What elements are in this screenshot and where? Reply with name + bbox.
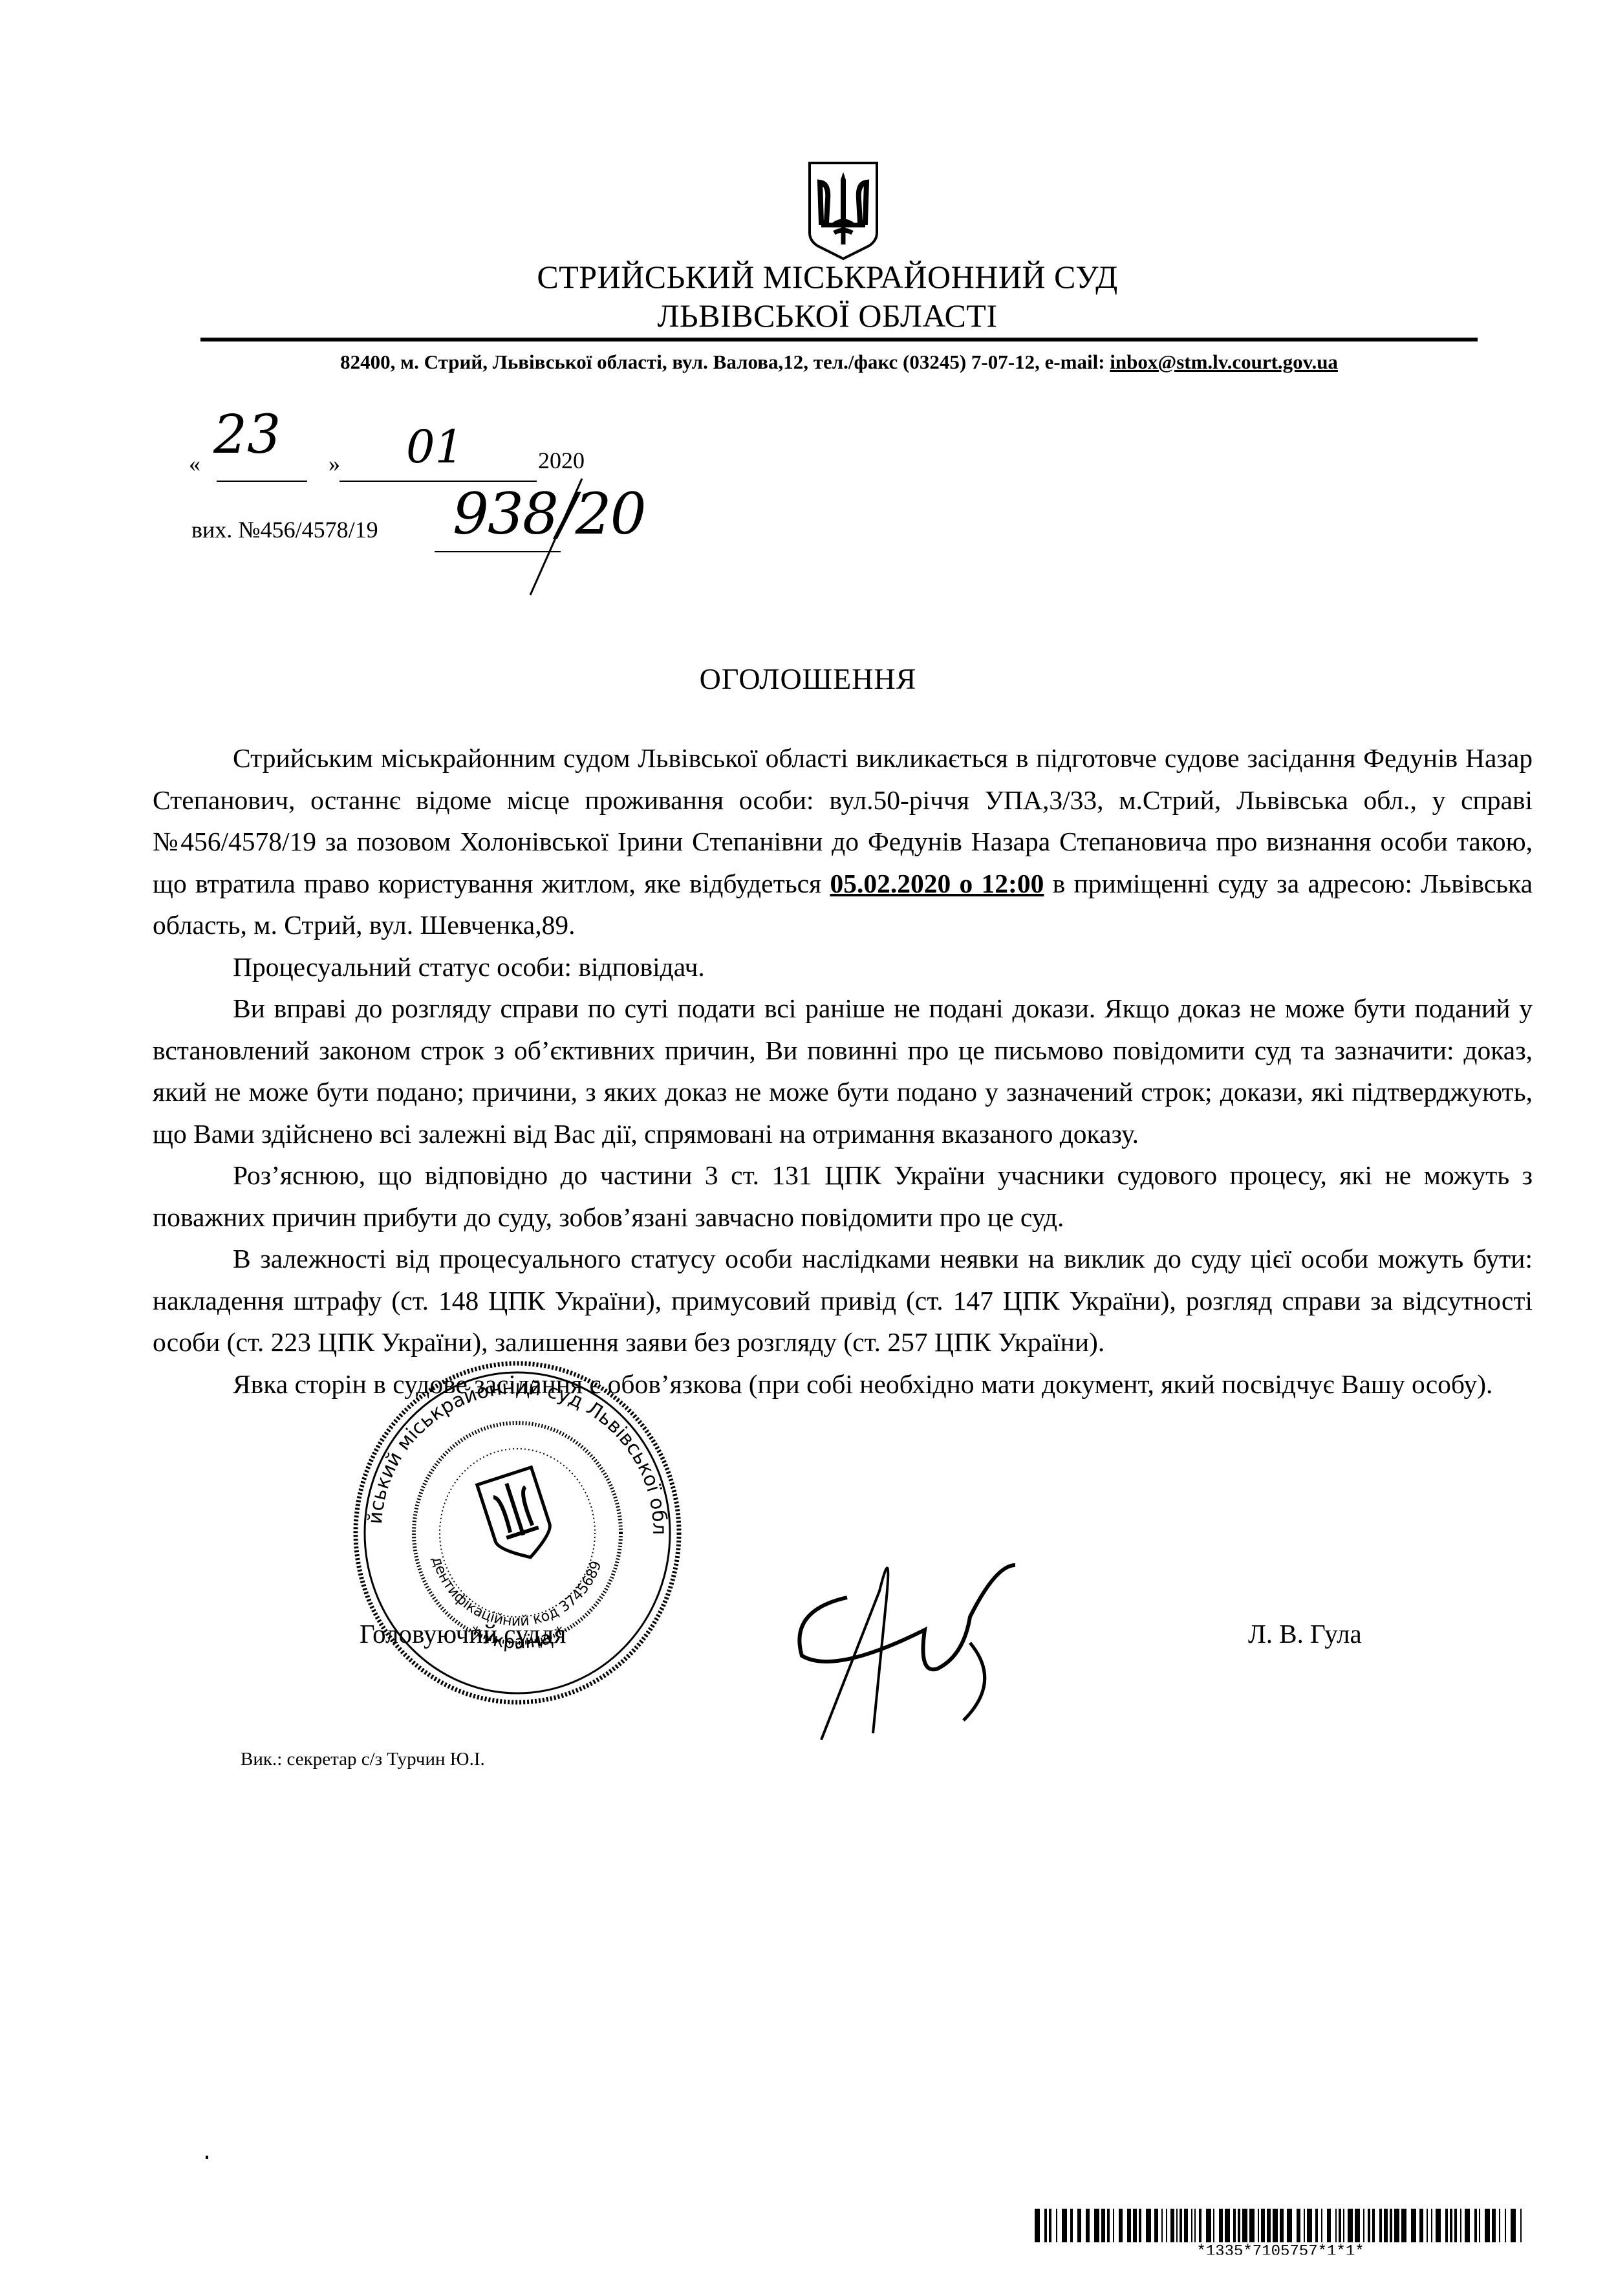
barcode-bar xyxy=(1258,2209,1259,2242)
handwritten-month: 01 xyxy=(406,418,464,476)
barcode-bar xyxy=(1180,2209,1182,2242)
barcode-bar xyxy=(1139,2209,1141,2242)
barcode-bar xyxy=(1368,2209,1370,2242)
barcode-bar xyxy=(1460,2209,1461,2242)
barcode-bar xyxy=(1176,2209,1178,2242)
barcode-bar xyxy=(1355,2209,1360,2242)
barcode-bar xyxy=(1154,2209,1158,2242)
barcode-bar xyxy=(1119,2209,1123,2242)
barcode-bar xyxy=(1133,2209,1137,2242)
barcode-bar xyxy=(1077,2209,1081,2242)
barcode-bar xyxy=(1113,2209,1114,2242)
barcode-bar xyxy=(1242,2209,1247,2242)
barcode-bar xyxy=(1086,2209,1090,2242)
barcode-bar xyxy=(1044,2209,1047,2242)
barcode-bar xyxy=(1297,2209,1300,2242)
announcement-body: Стрийським міськрайонним судом Львівсько… xyxy=(153,737,1533,1405)
barcode-bar xyxy=(1267,2209,1271,2242)
barcode-bar xyxy=(1394,2209,1399,2242)
barcode-bar xyxy=(1304,2209,1305,2242)
barcode-bar xyxy=(1520,2209,1522,2242)
barcode-bar xyxy=(1261,2209,1265,2242)
barcode-bar xyxy=(1479,2209,1480,2242)
date-year: 2020 xyxy=(538,446,585,475)
barcode-bar xyxy=(1194,2209,1196,2242)
barcode-bar xyxy=(1492,2209,1496,2242)
barcode-bar xyxy=(1401,2209,1406,2242)
signatory-role: Головуючий суддя xyxy=(360,1616,566,1652)
paragraph-summons: Стрийським міськрайонним судом Львівсько… xyxy=(153,737,1533,946)
barcode-bar xyxy=(1191,2209,1192,2242)
barcode-bar xyxy=(1450,2209,1452,2242)
barcode-bar xyxy=(1315,2209,1318,2242)
paragraph-consequences: В залежності від процесуального статусу … xyxy=(153,1238,1533,1363)
barcode-bar xyxy=(1465,2209,1470,2242)
barcode-bar xyxy=(1273,2209,1278,2242)
barcode-bar xyxy=(1327,2209,1331,2242)
barcode-bar xyxy=(1348,2209,1353,2242)
barcode-bar xyxy=(1485,2209,1490,2242)
date-quote-open: « xyxy=(189,449,200,478)
barcode-bar xyxy=(1419,2209,1423,2242)
barcode-bar xyxy=(1146,2209,1151,2242)
barcode-icon xyxy=(1035,2209,1526,2242)
barcode-bar xyxy=(1474,2209,1477,2242)
barcode-bar xyxy=(1062,2209,1067,2242)
barcode-bar xyxy=(1127,2209,1131,2242)
barcode-bar xyxy=(1379,2209,1382,2242)
barcode-bar xyxy=(1049,2209,1051,2242)
barcode-bar xyxy=(1363,2209,1364,2242)
barcode-bar xyxy=(1287,2209,1292,2242)
barcode-bar xyxy=(1335,2209,1337,2242)
barcode-bar xyxy=(1307,2209,1312,2242)
court-seal-icon: Стрийський міськрайонний суд Львівської … xyxy=(336,1348,698,1711)
header-divider xyxy=(200,338,1478,341)
barcode-bar xyxy=(1321,2209,1322,2242)
email-link[interactable]: inbox@stm.lv.court.gov.ua xyxy=(1110,351,1338,373)
executor-note: Вик.: секретар с/з Турчин Ю.І. xyxy=(241,1746,485,1772)
barcode-bar xyxy=(1427,2209,1428,2242)
barcode-bar xyxy=(1280,2209,1284,2242)
barcode-bar xyxy=(1499,2209,1500,2242)
paragraph-evidence: Ви вправі до розгляду справи по суті под… xyxy=(153,988,1533,1154)
barcode-bar xyxy=(1233,2209,1236,2242)
barcode-bar xyxy=(1170,2209,1174,2242)
outgoing-number-label: вих. №456/4578/19 xyxy=(191,515,378,544)
court-address: 82400, м. Стрий, Львівської області, вул… xyxy=(200,348,1478,376)
barcode-bar xyxy=(1213,2209,1214,2242)
document-title: ОГОЛОШЕННЯ xyxy=(0,660,1616,699)
barcode-bar xyxy=(1161,2209,1163,2242)
barcode-bar xyxy=(1219,2209,1223,2242)
barcode-bar xyxy=(1166,2209,1167,2242)
barcode-bar xyxy=(1206,2209,1211,2242)
barcode-bar xyxy=(1070,2209,1073,2242)
day-underline xyxy=(217,481,307,482)
date-quote-close: » xyxy=(329,449,340,478)
paragraph-notice: Роз’яснюю, що відповідно до частини 3 ст… xyxy=(153,1154,1533,1238)
barcode-bar xyxy=(1390,2209,1392,2242)
barcode-bar xyxy=(1339,2209,1341,2242)
barcode-bar xyxy=(1056,2209,1057,2242)
barcode-bar xyxy=(1249,2209,1255,2242)
barcode-number: *1335*7105757*1*1* xyxy=(1035,2243,1526,2255)
scan-speck xyxy=(206,2156,208,2159)
court-name-line1: СТРИЙСЬКИЙ МІСЬКРАЙОННИЙ СУД xyxy=(19,257,1616,296)
barcode-bar xyxy=(1343,2209,1344,2242)
barcode-bar xyxy=(1384,2209,1388,2242)
handwritten-slash xyxy=(517,472,595,601)
barcode-bar xyxy=(1238,2209,1240,2242)
paragraph-status: Процесуальний статус особи: відповідач. xyxy=(153,946,1533,988)
barcode-bar xyxy=(1505,2209,1506,2242)
barcode-bar xyxy=(1199,2209,1201,2242)
barcode-bar xyxy=(1101,2209,1105,2242)
coat-of-arms-icon xyxy=(807,160,879,261)
signature-icon xyxy=(750,1546,1112,1740)
handwritten-day: 23 xyxy=(213,406,281,464)
barcode-bar xyxy=(1372,2209,1375,2242)
barcode-bar xyxy=(1184,2209,1188,2242)
barcode-bar xyxy=(1035,2209,1040,2242)
barcode-bar xyxy=(1511,2209,1516,2242)
judge-name: Л. В. Гула xyxy=(1248,1616,1362,1652)
barcode-bar xyxy=(1445,2209,1448,2242)
barcode-bar xyxy=(1225,2209,1230,2242)
hearing-datetime: 05.02.2020 о 12:00 xyxy=(830,869,1044,898)
barcode-bar xyxy=(1094,2209,1099,2242)
barcode-bar xyxy=(1411,2209,1416,2242)
address-text: 82400, м. Стрий, Львівської області, вул… xyxy=(340,351,1110,373)
barcode-bar xyxy=(1436,2209,1441,2242)
barcode-bar xyxy=(1107,2209,1110,2242)
barcode-bar xyxy=(1454,2209,1457,2242)
barcode-bar xyxy=(1431,2209,1432,2242)
court-name-line2: ЛЬВІВСЬКОЇ ОБЛАСТІ xyxy=(19,296,1616,335)
